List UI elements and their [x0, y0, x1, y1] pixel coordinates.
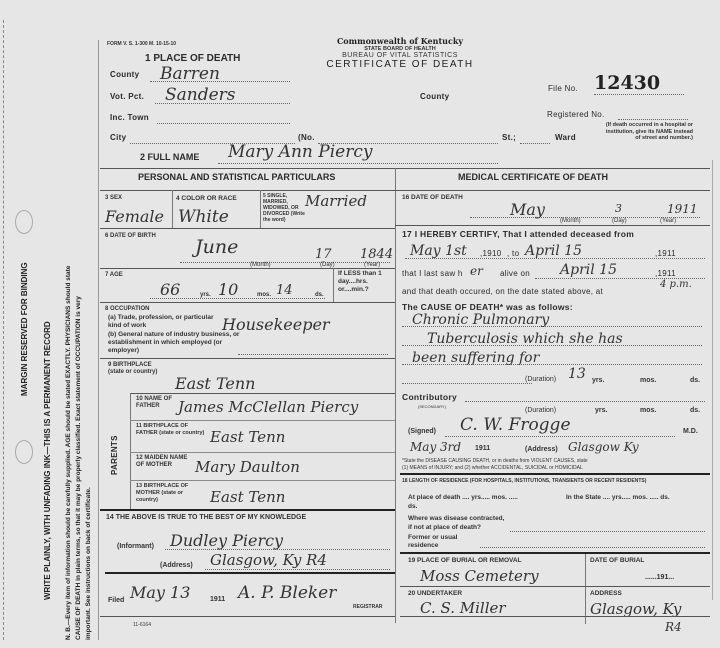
- burial-date-value: ......191...: [645, 574, 674, 581]
- divider: [400, 586, 710, 587]
- ward-label: Ward: [555, 133, 576, 142]
- binding-hole: [15, 210, 33, 234]
- registered-no-label: Registered No.: [547, 110, 605, 119]
- burial-place-label: 19 PLACE OF BURIAL OR REMOVAL: [408, 557, 522, 564]
- physician-address: Glasgow Ky: [568, 440, 639, 454]
- full-name-value: Mary Ann Piercy: [228, 142, 372, 162]
- divider: [400, 473, 710, 475]
- no-label: (No.: [298, 133, 315, 142]
- death-month-caption: (Month): [560, 218, 581, 224]
- contrib-ds-label: ds.: [690, 407, 700, 414]
- divider: [260, 190, 261, 228]
- inc-town-label: Inc. Town: [110, 113, 149, 122]
- vot-pct-label: Vot. Pct.: [110, 92, 144, 101]
- county-label: County: [110, 70, 139, 79]
- certificate-header: Commonwealth of Kentucky STATE BOARD OF …: [310, 36, 490, 70]
- date-of-death-label: 16 DATE OF DEATH: [402, 194, 463, 201]
- contributory-field: [465, 393, 705, 402]
- informant-address-field: Glasgow, Ky R4: [205, 553, 390, 570]
- divider: [100, 268, 395, 269]
- mother-name-label: 12 MAIDEN NAME OF MOTHER: [136, 455, 196, 469]
- dob-label: 6 DATE OF BIRTH: [105, 233, 156, 239]
- registrar-label: REGISTRAR: [353, 604, 382, 610]
- certificate-title: CERTIFICATE OF DEATH: [310, 59, 490, 70]
- contrib-duration-label: (Duration): [525, 407, 556, 414]
- divider: [100, 302, 395, 303]
- residence-in-state: In the State .... yrs..... mos. ..... ds…: [566, 493, 706, 502]
- alive-on-text: alive on: [500, 269, 530, 278]
- footnote-line-2: (1) MEANS of INJURY; and (2) whether ACC…: [402, 465, 583, 471]
- marital-value: Married: [305, 192, 367, 210]
- race-label: 4 COLOR OR RACE: [176, 195, 237, 202]
- divider: [395, 225, 710, 226]
- medical-heading: MEDICAL CERTIFICATE OF DEATH: [458, 172, 608, 182]
- divider: [400, 552, 710, 554]
- burial-place-value: Moss Cemetery: [420, 567, 539, 585]
- file-no-label: File No.: [548, 84, 578, 93]
- county-label: County: [420, 92, 449, 101]
- filed-label: Filed: [108, 597, 124, 604]
- last-saw-text: that I last saw h: [402, 269, 463, 278]
- if-not-label: if not at place of death?: [408, 524, 481, 531]
- certify-text: 17 I HEREBY CERTIFY, That I attended dec…: [402, 229, 634, 239]
- last-saw-pronoun: er: [470, 264, 483, 278]
- less-than-day: If LESS than 1 day....hrs. or....min.?: [338, 270, 393, 294]
- death-year-caption: (Year): [660, 218, 676, 224]
- signature-year: 1911: [475, 445, 490, 452]
- divider: [100, 509, 395, 511]
- date-of-death-year: 1911: [667, 202, 698, 216]
- divider: [395, 190, 710, 191]
- form-code: 11-6164: [133, 622, 151, 628]
- father-birthplace-label: 11 BIRTHPLACE OF FATHER (state or countr…: [136, 423, 206, 437]
- duration-label: (Duration): [525, 376, 556, 383]
- divider: [130, 420, 395, 421]
- filed-date: May 13: [130, 583, 190, 602]
- dob-day: 17: [315, 247, 332, 262]
- divider: [100, 228, 395, 229]
- birthplace-value: East Tenn: [175, 374, 255, 393]
- father-name-value: James McClellan Piercy: [178, 398, 358, 416]
- residence-at-place: At place of death .... yrs..... mos. ...…: [408, 493, 528, 511]
- registered-no-field: [618, 108, 688, 120]
- personal-heading: PERSONAL AND STATISTICAL PARTICULARS: [138, 172, 335, 182]
- footnote-line-1: *State the DISEASE CAUSING DEATH, or in …: [402, 458, 588, 464]
- former-residence-label: Former or usual residence: [408, 534, 468, 550]
- date-of-death-day: 3: [615, 202, 622, 215]
- divider: [100, 358, 395, 359]
- occupation-a-label: (a) Trade, profession, or particular kin…: [108, 314, 218, 330]
- form-number: FORM V. S. 1-300 M. 10-15-10: [107, 41, 176, 47]
- divider: [130, 393, 395, 394]
- undertaker-value: C. S. Miller: [420, 599, 506, 617]
- informant-heading: 14 THE ABOVE IS TRUE TO THE BEST OF MY K…: [106, 514, 306, 521]
- secondary-label: (SECONDARY): [418, 404, 446, 409]
- file-number: 12430: [594, 72, 684, 95]
- full-name-field: Mary Ann Piercy: [218, 148, 498, 164]
- registrar-name: A. P. Bleker: [238, 583, 336, 603]
- burial-date-label: DATE OF BURIAL: [590, 557, 644, 564]
- informant-label: (Informant): [117, 543, 154, 550]
- informant-address-value: Glasgow, Ky R4: [210, 551, 327, 569]
- father-birthplace-value: East Tenn: [210, 428, 285, 446]
- informant-value: Dudley Piercy: [170, 531, 283, 550]
- date-of-death-month: May: [510, 200, 545, 219]
- occupation-b-label: (b) General nature of industry business,…: [108, 331, 243, 355]
- dob-month: June: [195, 236, 238, 258]
- marital-label: 5 SINGLE, MARRIED, WIDOWED, OR DIVORCED …: [263, 193, 311, 223]
- death-occurred-text: and that death occured, on the date stat…: [402, 287, 603, 296]
- contributory-label: Contributory: [402, 392, 457, 402]
- cause-line-1: Chronic Pulmonary: [402, 314, 702, 327]
- left-margin: MARGIN RESERVED FOR BINDING WRITE PLAINL…: [0, 0, 100, 648]
- margin-binding-text: MARGIN RESERVED FOR BINDING: [20, 262, 29, 396]
- birthplace-label: 9 BIRTHPLACE (state or country): [108, 362, 168, 376]
- margin-perforation: [3, 20, 4, 640]
- time-of-death: 4 p.m.: [660, 279, 692, 290]
- informant-address-label: (Address): [160, 562, 193, 569]
- signature-field: [445, 430, 675, 437]
- filed-year: 1911: [210, 596, 225, 603]
- contrib-mos-label: mos.: [640, 407, 656, 414]
- divider: [333, 268, 334, 302]
- margin-note-3: important. See instructions on back of c…: [85, 487, 92, 640]
- duration-yrs-label: yrs.: [592, 377, 604, 384]
- race-value: White: [178, 207, 229, 227]
- county-value: Barren: [160, 64, 220, 84]
- form-left-border: [98, 40, 99, 640]
- ward-field: [520, 131, 550, 144]
- signature-date: May 3rd: [410, 440, 461, 454]
- sex-value: Female: [105, 207, 164, 226]
- undertaker-label: 20 UNDERTAKER: [408, 590, 462, 597]
- employer-field: [238, 348, 388, 355]
- sex-label: 3 SEX: [105, 195, 122, 201]
- former-residence-field: [480, 541, 705, 548]
- undertaker-address-line-2: R4: [665, 620, 682, 634]
- commonwealth-title: Commonwealth of Kentucky: [310, 36, 490, 46]
- margin-note-1: N. B.—Every item of information should b…: [65, 266, 72, 640]
- informant-field: Dudley Piercy: [165, 533, 390, 550]
- last-seen-field: [535, 270, 705, 279]
- binding-hole: [15, 440, 33, 464]
- where-contracted-label: Where was disease contracted,: [408, 515, 504, 522]
- duration-years: 13: [568, 366, 586, 382]
- duration-mos-label: mos.: [640, 377, 656, 384]
- vot-pct-field: Sanders: [155, 90, 290, 104]
- divider: [100, 190, 395, 191]
- divider: [400, 616, 710, 617]
- mother-birthplace-label: 13 BIRTHPLACE OF MOTHER (state or countr…: [136, 483, 206, 504]
- signed-label: (Signed): [408, 428, 436, 435]
- dob-year: 1844: [360, 247, 393, 262]
- city-label: City: [110, 133, 126, 142]
- vot-pct-value: Sanders: [165, 85, 236, 105]
- date-of-death-field: [470, 205, 700, 218]
- physician-address-label: (Address): [525, 446, 558, 453]
- inc-town-field: [157, 111, 290, 124]
- divider: [105, 572, 395, 574]
- divider: [172, 190, 173, 228]
- st-label: St.;: [502, 133, 516, 142]
- mother-birthplace-value: East Tenn: [210, 488, 285, 506]
- place-of-death-heading: 1 PLACE OF DEATH: [145, 53, 240, 64]
- bureau-title: BUREAU OF VITAL STATISTICS: [310, 52, 490, 59]
- duration-lead: [402, 373, 532, 384]
- md-label: M.D.: [683, 428, 698, 435]
- contrib-yrs-label: yrs.: [595, 407, 607, 414]
- margin-note-2: CAUSE OF DEATH in plain terms, so that i…: [75, 296, 82, 640]
- divider: [100, 168, 710, 169]
- column-divider: [395, 168, 396, 623]
- undertaker-address-label: ADDRESS: [590, 590, 622, 597]
- cause-of-death-label: The CAUSE OF DEATH* was as follows:: [402, 302, 573, 312]
- residence-heading: 18 LENGTH OF RESIDENCE (FOR HOSPITALS, I…: [402, 478, 707, 484]
- form-right-border: [712, 160, 713, 600]
- divider: [130, 452, 395, 453]
- age-field: [150, 290, 325, 299]
- death-day-caption: (Day): [612, 218, 627, 224]
- cause-line-2-value: Tuberculosis which she has: [427, 331, 623, 347]
- cause-line-2: Tuberculosis which she has: [402, 333, 702, 346]
- hospital-note: (If death occurred in a hospital or inst…: [603, 122, 693, 142]
- attended-dates-field: [405, 248, 705, 259]
- mother-name-value: Mary Daulton: [195, 458, 300, 476]
- age-label: 7 AGE: [105, 272, 123, 278]
- county-field: Barren: [150, 68, 290, 82]
- duration-ds-label: ds.: [690, 377, 700, 384]
- margin-write-text: WRITE PLAINLY, WITH UNFADING INK—THIS IS…: [43, 321, 52, 600]
- cause-line-3: been suffering for: [402, 352, 702, 365]
- divider: [585, 554, 586, 624]
- contracted-field: [510, 524, 705, 532]
- cause-line-1-value: Chronic Pulmonary: [412, 312, 549, 328]
- occupation-label: 8 OCCUPATION: [105, 306, 149, 312]
- full-name-label: 2 FULL NAME: [140, 152, 199, 162]
- divider: [130, 480, 395, 481]
- divider: [100, 616, 395, 617]
- parents-side-label: PARENTS: [110, 435, 119, 475]
- cause-line-3-value: been suffering for: [412, 350, 539, 366]
